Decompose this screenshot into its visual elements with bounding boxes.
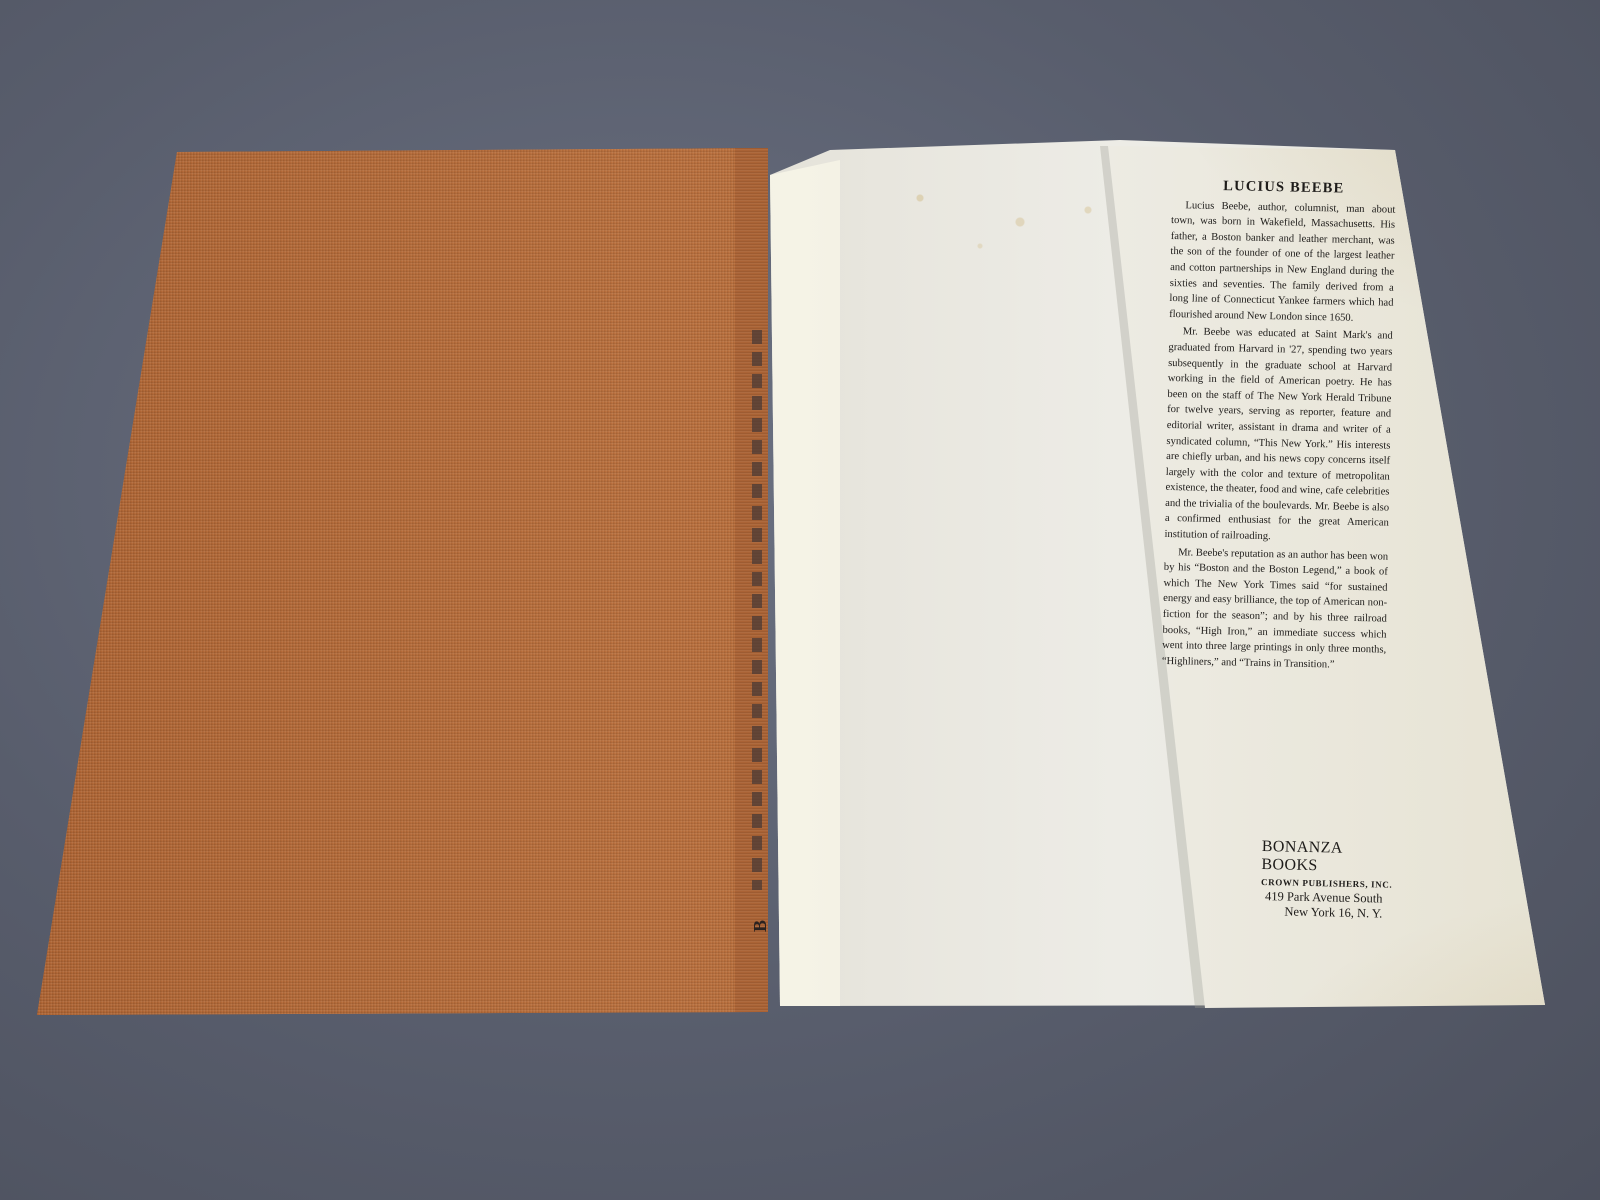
publisher-block: BONANZA BOOKS CROWN PUBLISHERS, INC. 419…: [1260, 838, 1402, 922]
author-bio: LUCIUS BEEBE Lucius Beebe, author, colum…: [1162, 178, 1396, 676]
bio-paragraph-3: Mr. Beebe's reputation as an author has …: [1162, 545, 1389, 674]
publisher-address-line2: New York 16, N. Y.: [1260, 904, 1400, 922]
spine-title-lettering: [752, 330, 762, 890]
bio-paragraph-2: Mr. Beebe was educated at Saint Mark's a…: [1164, 324, 1393, 547]
photo-scene: B LUCIUS BEEBE Lucius Beebe, author, col…: [0, 0, 1600, 1200]
publisher-address-line1: 419 Park Avenue South: [1261, 889, 1401, 907]
bio-paragraph-1: Lucius Beebe, author, columnist, man abo…: [1169, 198, 1396, 327]
author-name-heading: LUCIUS BEEBE: [1172, 178, 1396, 198]
spine-publisher-mark: B: [750, 920, 771, 932]
publisher-name: BONANZA BOOKS: [1261, 838, 1402, 877]
publisher-imprint: CROWN PUBLISHERS, INC.: [1261, 877, 1401, 890]
